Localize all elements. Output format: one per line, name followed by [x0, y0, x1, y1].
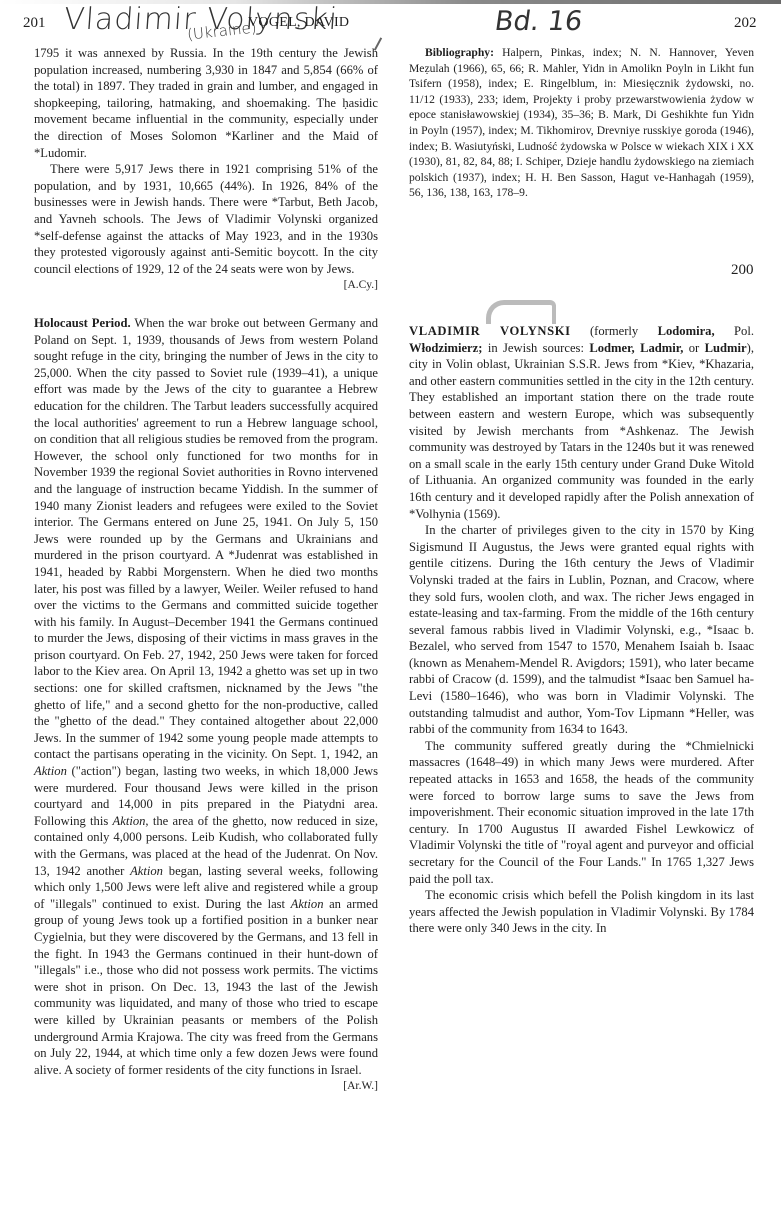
- holocaust-section: Holocaust Period. When the war broke out…: [34, 315, 378, 1095]
- term-aktion: Aktion: [34, 764, 67, 778]
- alt-name: Lodmer, Ladmir,: [589, 341, 683, 355]
- paragraph-economic-crisis: The economic crisis which befell the Pol…: [409, 887, 754, 937]
- entry-intro: VLADIMIR VOLYNSKI (formerly Lodomira, Po…: [409, 323, 754, 522]
- text-run: or: [683, 341, 704, 355]
- text-run: Pol.: [715, 324, 754, 338]
- entry-title: VLADIMIR VOLYNSKI: [409, 324, 571, 338]
- entry-vladimir-volynski: VLADIMIR VOLYNSKI (formerly Lodomira, Po…: [409, 323, 754, 937]
- paragraph-19th-century: 1795 it was annexed by Russia. In the 19…: [34, 45, 378, 161]
- alt-name: Włodzimierz;: [409, 341, 482, 355]
- author-signature: [A.Cy.]: [328, 277, 378, 294]
- handwritten-volume: Bd. 16: [493, 6, 585, 37]
- page-number-right: 202: [734, 15, 757, 32]
- alt-name: Lodomira,: [658, 324, 715, 338]
- paragraph-text: There were 5,917 Jews there in 1921 comp…: [34, 162, 378, 276]
- left-column-top: 1795 it was annexed by Russia. In the 19…: [34, 45, 378, 294]
- highlight-bracket: [486, 300, 556, 324]
- paragraph-chmielnicki: The community suffered greatly during th…: [409, 738, 754, 887]
- bibliography-paragraph: Bibliography: Halpern, Pinkas, index; N.…: [409, 45, 754, 201]
- paragraph-charter: In the charter of privileges given to th…: [409, 522, 754, 738]
- page-marker: 200: [731, 262, 754, 279]
- running-head: VOGEL, DAVID: [248, 15, 349, 31]
- text-run: When the war broke out between Germany a…: [34, 316, 378, 761]
- holocaust-paragraph: Holocaust Period. When the war broke out…: [34, 315, 378, 1078]
- bibliography: Bibliography: Halpern, Pinkas, index; N.…: [409, 45, 754, 201]
- author-signature: [Ar.W.]: [343, 1078, 378, 1095]
- text-run: ), city in Volin oblast, Ukrainian S.S.R…: [409, 341, 754, 521]
- text-run: an armed group of young Jews took up a f…: [34, 897, 378, 1077]
- term-aktion: Aktion: [130, 864, 163, 878]
- page-header: 201 Vladimir Volynski (Ukraine) VOGEL, D…: [0, 0, 781, 42]
- alt-name: Ludmir: [705, 341, 747, 355]
- bibliography-label: Bibliography:: [425, 46, 494, 59]
- text-run: in Jewish sources:: [482, 341, 589, 355]
- term-aktion: Aktion: [291, 897, 324, 911]
- section-heading-holocaust: Holocaust Period.: [34, 316, 131, 330]
- paragraph-interwar: There were 5,917 Jews there in 1921 comp…: [34, 161, 378, 277]
- bibliography-text: Halpern, Pinkas, index; N. N. Hannover, …: [409, 46, 754, 199]
- page-number-left: 201: [23, 15, 46, 32]
- text-run: (formerly: [571, 324, 658, 338]
- term-aktion: Aktion: [113, 814, 146, 828]
